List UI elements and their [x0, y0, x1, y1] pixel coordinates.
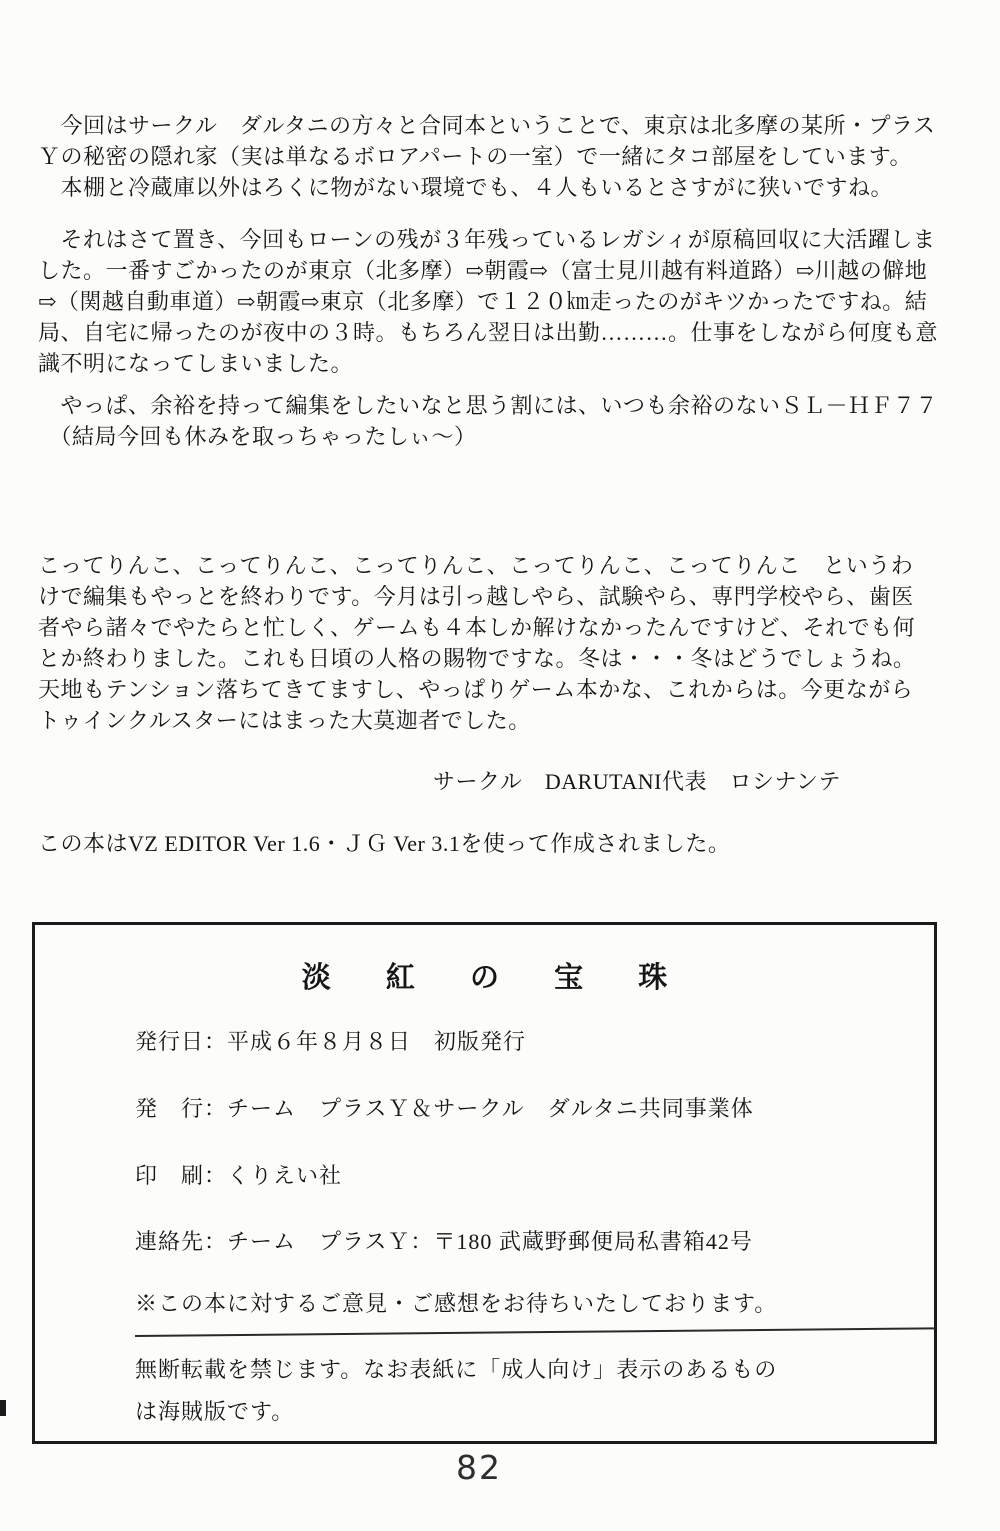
- colophon-row-feedback: ※この本に対するご意見・ご感想をお待ちいたしております。: [135, 1287, 915, 1318]
- afterword-paragraph-2: それはさて置き、今回もローンの残が３年残っているレガシィが原稿回収に大活躍しま …: [38, 224, 958, 379]
- credit-line: サークル DARUTANI代表 ロシナンテ: [433, 766, 953, 797]
- scanned-afterword-page: 今回はサークル ダルタニの方々と合同本ということで、東京は北多摩の某所・プラス …: [0, 0, 1000, 1531]
- divider-line: [135, 1327, 935, 1337]
- book-title: 淡 紅 の 宝 珠: [35, 955, 934, 996]
- reprint-prohibition-notice: 無断転載を禁じます。なお表紙に「成人向け」表示のあるもの は海賊版です。: [135, 1349, 895, 1433]
- colophon-row-contact: 連絡先：チーム プラスＹ：〒180 武蔵野郵便局私書箱42号: [135, 1225, 915, 1256]
- colophon-box: 淡 紅 の 宝 珠 発行日：平成６年８月８日 初版発行 発 行：チーム プラスＹ…: [32, 922, 937, 1444]
- colophon-row-printer: 印 刷：くりえい社: [135, 1159, 915, 1190]
- scan-artifact: [0, 1400, 6, 1416]
- colophon-row-publisher: 発 行：チーム プラスＹ＆サークル ダルタニ共同事業体: [135, 1092, 915, 1123]
- colophon-row-issue-date: 発行日：平成６年８月８日 初版発行: [135, 1025, 915, 1056]
- page-number: 82: [0, 1448, 958, 1487]
- afterword-paragraph-1: 今回はサークル ダルタニの方々と合同本ということで、東京は北多摩の某所・プラス …: [38, 110, 958, 203]
- afterword-paragraph-3: やっぱ、余裕を持って編集をしたいなと思う割には、いつも余裕のないＳＬ－ＨＦ７７ …: [38, 390, 958, 452]
- editor-software-note: この本はVZ EDITOR Ver 1.6・ＪＧ Ver 3.1を使って作成され…: [38, 828, 958, 859]
- afterword-paragraph-4: こってりんこ、こってりんこ、こってりんこ、こってりんこ、こってりんこ というわ …: [38, 550, 958, 736]
